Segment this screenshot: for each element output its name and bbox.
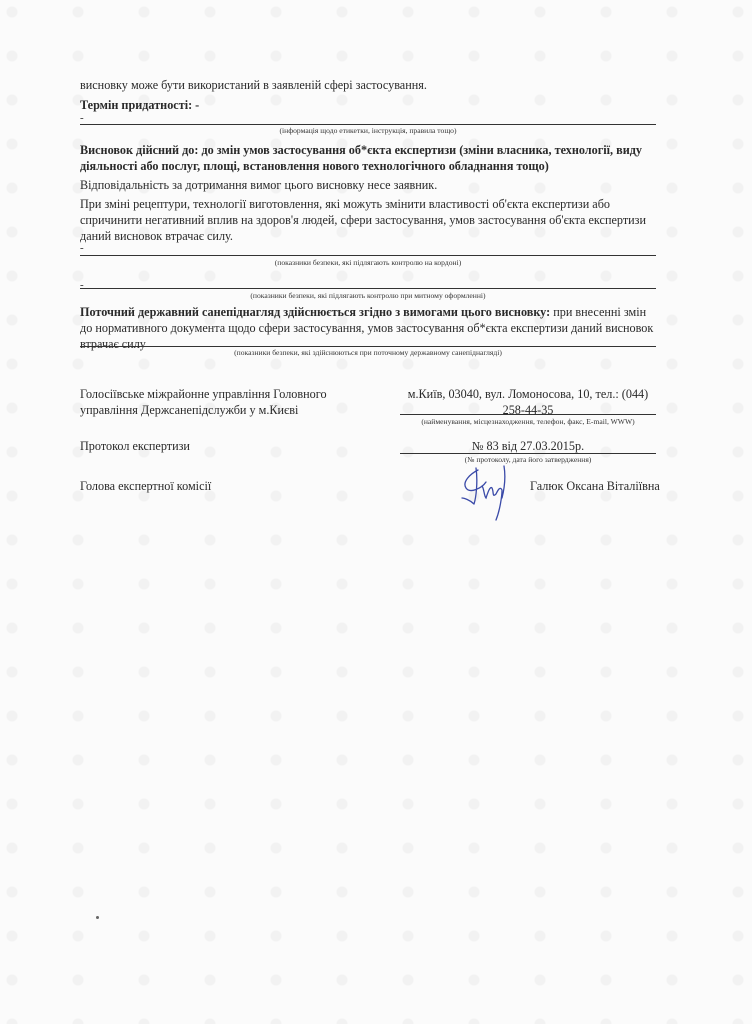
authority-caption: (найменування, місцезнаходження, телефон… [400,417,656,426]
responsibility-text: Відповідальність за дотримання вимог цьо… [80,177,656,193]
border-control-caption: (показники безпеки, які підлягають контр… [80,258,656,267]
shelf-life-rule [80,124,656,125]
chair-name: Галюк Оксана Віталіївна [530,478,660,494]
intro-line: висновку може бути використаний в заявле… [80,77,656,93]
customs-control-caption: (показники безпеки, які підлягають контр… [80,291,656,300]
supervision-bold: Поточний державний санепіднагляд здійсню… [80,305,550,319]
shelf-life-label: Термін придатності: - [80,97,656,113]
customs-control-rule [80,288,656,289]
document-page: висновку може бути використаний в заявле… [0,0,752,1024]
shelf-life-caption: (інформація щодо етикетки, інструкція, п… [80,126,656,135]
chair-label: Голова експертної комісії [80,478,211,494]
protocol-value: № 83 від 27.03.2015р. [400,438,656,454]
authority-rule [400,414,656,415]
recipe-change-text: При зміні рецептури, технології виготовл… [80,196,656,244]
protocol-rule [400,453,656,454]
border-control-rule [80,255,656,256]
supervision-text: Поточний державний санепіднагляд здійсню… [80,304,656,352]
border-control-value: - [80,242,84,254]
shelf-life-value: - [80,112,84,124]
protocol-label: Протокол експертизи [80,438,190,454]
customs-control-value: - [80,279,84,291]
scan-speck [96,916,99,919]
supervision-rule [80,346,656,347]
validity-text: Висновок дійсний до: до змін умов застос… [80,142,656,174]
authority-name: Голосіївське міжрайонне управління Голов… [80,386,340,418]
protocol-caption: (№ протоколу, дата його затвердження) [400,455,656,464]
signature-icon [456,458,526,528]
supervision-caption: (показники безпеки, які здійснюються при… [80,348,656,357]
